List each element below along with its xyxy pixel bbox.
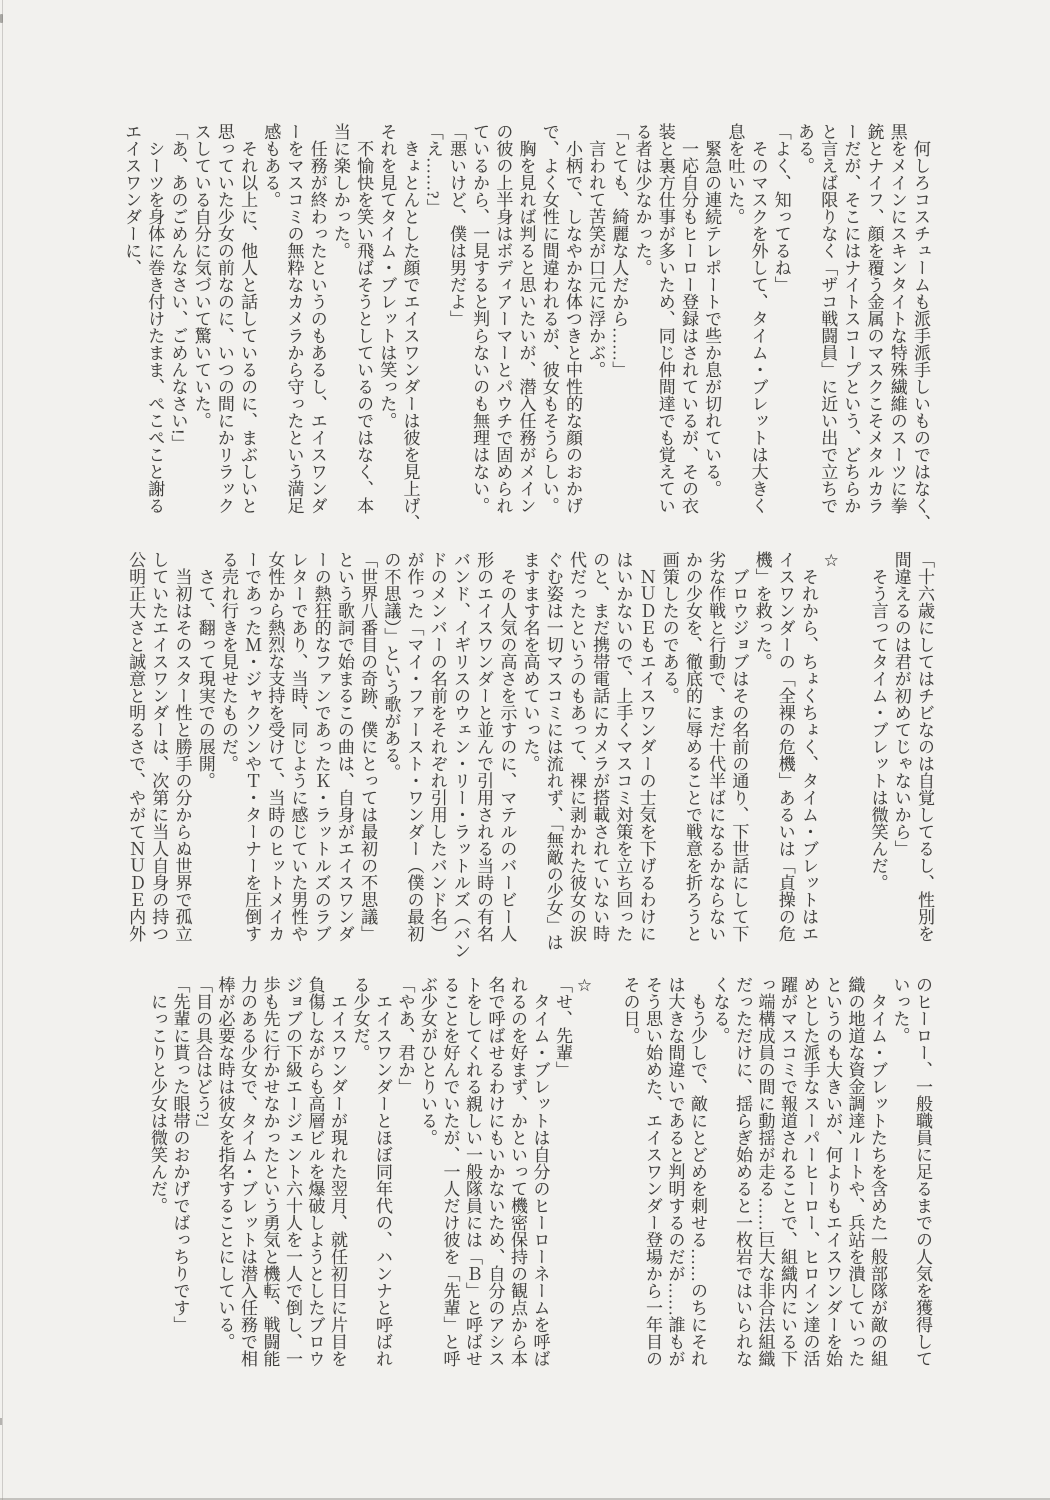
text-line: 胸を見れば判ると思いたいが、潜入任務がメイン: [514, 123, 537, 523]
text-line: 「あ、あのごめんなさい、ごめんなさい!」: [166, 123, 189, 523]
text-line: 不愉快を笑い飛ばそうとしているのではなく、本: [352, 123, 375, 523]
text-line: と言えば限りなく「ザコ戦闘員」に近い出で立ちで: [816, 123, 839, 523]
text-line: 「やあ、君か」: [393, 976, 416, 1376]
text-line: のヒーロー、一般職員に足るまでの人気を獲得して: [911, 976, 934, 1376]
text-line: それから、ちょくちょく、タイム・ブレットはエ: [797, 551, 820, 951]
text-line: さて、翻って現実での展開。: [194, 551, 217, 951]
text-line: そのマスクを外して、タイム・ブレットは大きく: [746, 123, 769, 523]
text-line: 「先輩に貰った眼帯のおかげでばっちりです」: [168, 976, 191, 1376]
text-line: る売れ行きを見せたものだ。: [217, 551, 240, 951]
text-line: 一応自分もヒーロー登録はされているが、その衣: [677, 123, 700, 523]
text-line: 黒をメインにスキンタイトな特殊繊維のスーツに拳: [886, 123, 909, 523]
text-line: 「世界八番目の奇跡、僕にとっては最初の不思議」: [356, 551, 379, 951]
text-line: 「十六歳にしてはチビなのは自覚してるし、性別を: [913, 551, 936, 951]
text-line: ドのメンバーの名前をそれぞれ引用したバンド名）: [426, 551, 449, 951]
text-line: 緊急の連続テレポートで些か息が切れている。: [700, 123, 723, 523]
text-line: にっこりと少女は微笑んだ。: [146, 976, 169, 1376]
text-line: 「とても、綺麗な人だから……」: [607, 123, 630, 523]
text-line: ぶ少女がひとりいる。: [416, 976, 439, 1376]
text-line: レターであり、当時、同じように感じていた男性や: [286, 551, 309, 951]
text-line: 「よく、知ってるね」: [770, 123, 793, 523]
text-line: のと、まだ携帯電話にカメラが搭載されていない時: [588, 551, 611, 951]
text-line: れるのを好まず、かといって機密保持の観点から本: [506, 976, 529, 1376]
text-band-middle: 「十六歳にしてはチビなのは自覚してるし、性別を間違えるのは君が初めてじゃないから…: [124, 551, 936, 951]
text-line: いった。: [888, 976, 911, 1376]
text-line: という歌詞で始まるこの曲は、自身がエイスワンダ: [333, 551, 356, 951]
text-line: る者は少なかった。: [630, 123, 653, 523]
text-line: 「悪いけど、僕は男だよ」: [445, 123, 468, 523]
text-line: タイム・ブレットは自分のヒーローネームを呼ば: [528, 976, 551, 1376]
text-line: ーだが、そこにはナイトスコープという、どちらか: [839, 123, 862, 523]
text-line: 公明正大さと誠意と明るさで、やがてＮＵＤＥ内外: [124, 551, 147, 951]
text-line: ることを好んでいたが、一人だけ彼を「先輩」と呼: [438, 976, 461, 1376]
text-line: ているから、一見すると判らないのも無理はない。: [468, 123, 491, 523]
text-line: 「せ、先輩」: [551, 976, 574, 1376]
text-line: 装と裏方仕事が多いため、同じ仲間達でも覚えてい: [654, 123, 677, 523]
text-line: ジョブの下級エージェント六十人を一人で倒し、一: [281, 976, 304, 1376]
text-line: タイム・ブレットたちを含めた一般部隊が敵の組: [866, 976, 889, 1376]
text-line: 代だったというのもあって、裸に剥かれた彼女の涙: [565, 551, 588, 951]
text-line: ーをマスコミの無粋なカメラから守ったという満足: [282, 123, 305, 523]
text-line: トをしてくれる親しい一般隊員には「Ｂ」と呼ばせ: [461, 976, 484, 1376]
text-line: それ以上に、他人と話しているのに、まぶしいと: [236, 123, 259, 523]
text-line: の不思議）」という歌がある。: [379, 551, 402, 951]
scan-speck: [0, 14, 3, 23]
text-line: が作った「マイ・ファースト・ワンダー（僕の最初: [402, 551, 425, 951]
text-line: 感もある。: [259, 123, 282, 523]
text-line: それを見てタイム・ブレットは笑った。: [375, 123, 398, 523]
text-line: 織の地道な資金調達ルートや、兵站を潰していった: [843, 976, 866, 1376]
text-line: ーの熱狂的なファンであったＫ・ラットルズのラブ: [310, 551, 333, 951]
text-line: 息を吐いた。: [723, 123, 746, 523]
text-line: 間違えるのは君が初めてじゃないから」: [890, 551, 913, 951]
text-line: そう思い始めた、エイスワンダー登場から一年目の: [641, 976, 664, 1376]
section-divider-star: ☆: [573, 976, 596, 1376]
novel-page: 何しろコスチュームも派手派手しいものではなく、黒をメインにスキンタイトな特殊繊維…: [0, 0, 1050, 1500]
text-line: ますます名を高めていった。: [518, 551, 541, 951]
text-line: っ端構成員の間に動揺が走る……巨大な非合法組織: [753, 976, 776, 1376]
text-line: 歩も先に行かせなかったという勇気と機転、戦闘能: [258, 976, 281, 1376]
text-line: の彼の上半身はボディアーマーとパウチで固められ: [491, 123, 514, 523]
text-line: くなる。: [708, 976, 731, 1376]
text-line: エイスワンダーに、: [120, 123, 143, 523]
section-divider-star: ☆: [820, 551, 843, 951]
text-line: 何しろコスチュームも派手派手しいものではなく、: [909, 123, 932, 523]
text-band-top: 何しろコスチュームも派手派手しいものではなく、黒をメインにスキンタイトな特殊繊維…: [120, 123, 932, 523]
text-line: る少女だ。: [348, 976, 371, 1376]
text-line: ある。: [793, 123, 816, 523]
text-line: エイスワンダーが現れた翌月、就任初日に片目を: [326, 976, 349, 1376]
text-line: シーツを身体に巻き付けたまま、ぺこぺこと謝る: [143, 123, 166, 523]
text-line: 躍がマスコミで報道されることで、組織内にいる下: [776, 976, 799, 1376]
text-line: 「目の具合はどう?」: [191, 976, 214, 1376]
text-line: バンド、イギリスのウェン・リー・ラットルズ（バン: [449, 551, 472, 951]
text-line: ＮＵＤＥもエイスワンダーの士気を下げるわけに: [634, 551, 657, 951]
text-line: で、よく女性に間違われるが、彼女もそうらしい。: [538, 123, 561, 523]
text-line: 劣な作戦と行動で、まだ十代半ばになるかならない: [704, 551, 727, 951]
text-line: めとした派手なスーパーヒーロー、ヒロイン達の活: [798, 976, 821, 1376]
text-line: スしている自分に気づいて驚いていた。: [190, 123, 213, 523]
text-line: 小柄で、しなやかな体つきと中性的な顔のおかげ: [561, 123, 584, 523]
text-line: 女性から熱烈な支持を受けて、当時のヒットメイカ: [263, 551, 286, 951]
text-band-bottom: のヒーロー、一般職員に足るまでの人気を獲得していった。 タイム・ブレットたちを含…: [146, 976, 934, 1376]
text-line: 「え……?」: [422, 123, 445, 523]
text-line: エイスワンダーとほぼ同年代の、ハンナと呼ばれ: [371, 976, 394, 1376]
blank-line: [843, 551, 866, 951]
text-line: 任務が終わったというのもあるし、エイスワンダ: [306, 123, 329, 523]
text-line: 当初はそのスター性と勝手の分からぬ世界で孤立: [170, 551, 193, 951]
text-line: そう言ってタイム・ブレットは微笑んだ。: [866, 551, 889, 951]
text-line: していたエイスワンダーは、次第に当人自身の持つ: [147, 551, 170, 951]
text-line: イスワンダーの「全裸の危機」あるいは「貞操の危: [774, 551, 797, 951]
text-line: 機」を救った。: [750, 551, 773, 951]
text-line: きょとんとした顔でエイスワンダーは彼を見上げ、: [398, 123, 421, 523]
text-line: 当に楽しかった。: [329, 123, 352, 523]
text-line: 思っていた少女の前なのに、いつの間にかリラック: [213, 123, 236, 523]
text-line: 銃とナイフ、顔を覆う金属のマスクこそメタルカラ: [862, 123, 885, 523]
text-line: は大きな間違いであると判明するのだが……誰もが: [663, 976, 686, 1376]
text-line: 言われて苦笑が口元に浮かぶ。: [584, 123, 607, 523]
text-line: もう少しで、敵にとどめを刺せる……のちにそれ: [686, 976, 709, 1376]
scan-edge-line: [2, 0, 3, 1500]
text-line: かの少女を、徹底的に辱めることで戦意を折ろうと: [681, 551, 704, 951]
text-line: ぐむ姿は一切マスコミには流れず、「無敵の少女」は: [542, 551, 565, 951]
scan-speck: [0, 1418, 2, 1425]
text-line: 負傷しながらも高層ビルを爆破しようとしたブロウ: [303, 976, 326, 1376]
text-line: 形のエイスワンダーと並んで引用される当時の有名: [472, 551, 495, 951]
text-line: はいかないので、上手くマスコミ対策を立ち回った: [611, 551, 634, 951]
text-line: だっただけに、揺らぎ始めると一枚岩ではいられな: [731, 976, 754, 1376]
text-line: その日。: [618, 976, 641, 1376]
text-line: 棒が必要な時は彼女を指名することにしている。: [213, 976, 236, 1376]
text-line: というのも大きいが、何よりもエイスワンダーを始: [821, 976, 844, 1376]
text-line: 画策したのである。: [658, 551, 681, 951]
text-line: ーであったＭ・ジャクソンやＴ・ターナーを圧倒す: [240, 551, 263, 951]
text-line: ブロウジョブはその名前の通り、下世話にして下: [727, 551, 750, 951]
text-line: その人気の高さを示すのに、マテルのバービー人: [495, 551, 518, 951]
blank-line: [596, 976, 619, 1376]
text-line: 力のある少女で、タイム・ブレットは潜入任務で相: [236, 976, 259, 1376]
text-line: 名で呼ばせるわけにもいかないため、自分のアシス: [483, 976, 506, 1376]
